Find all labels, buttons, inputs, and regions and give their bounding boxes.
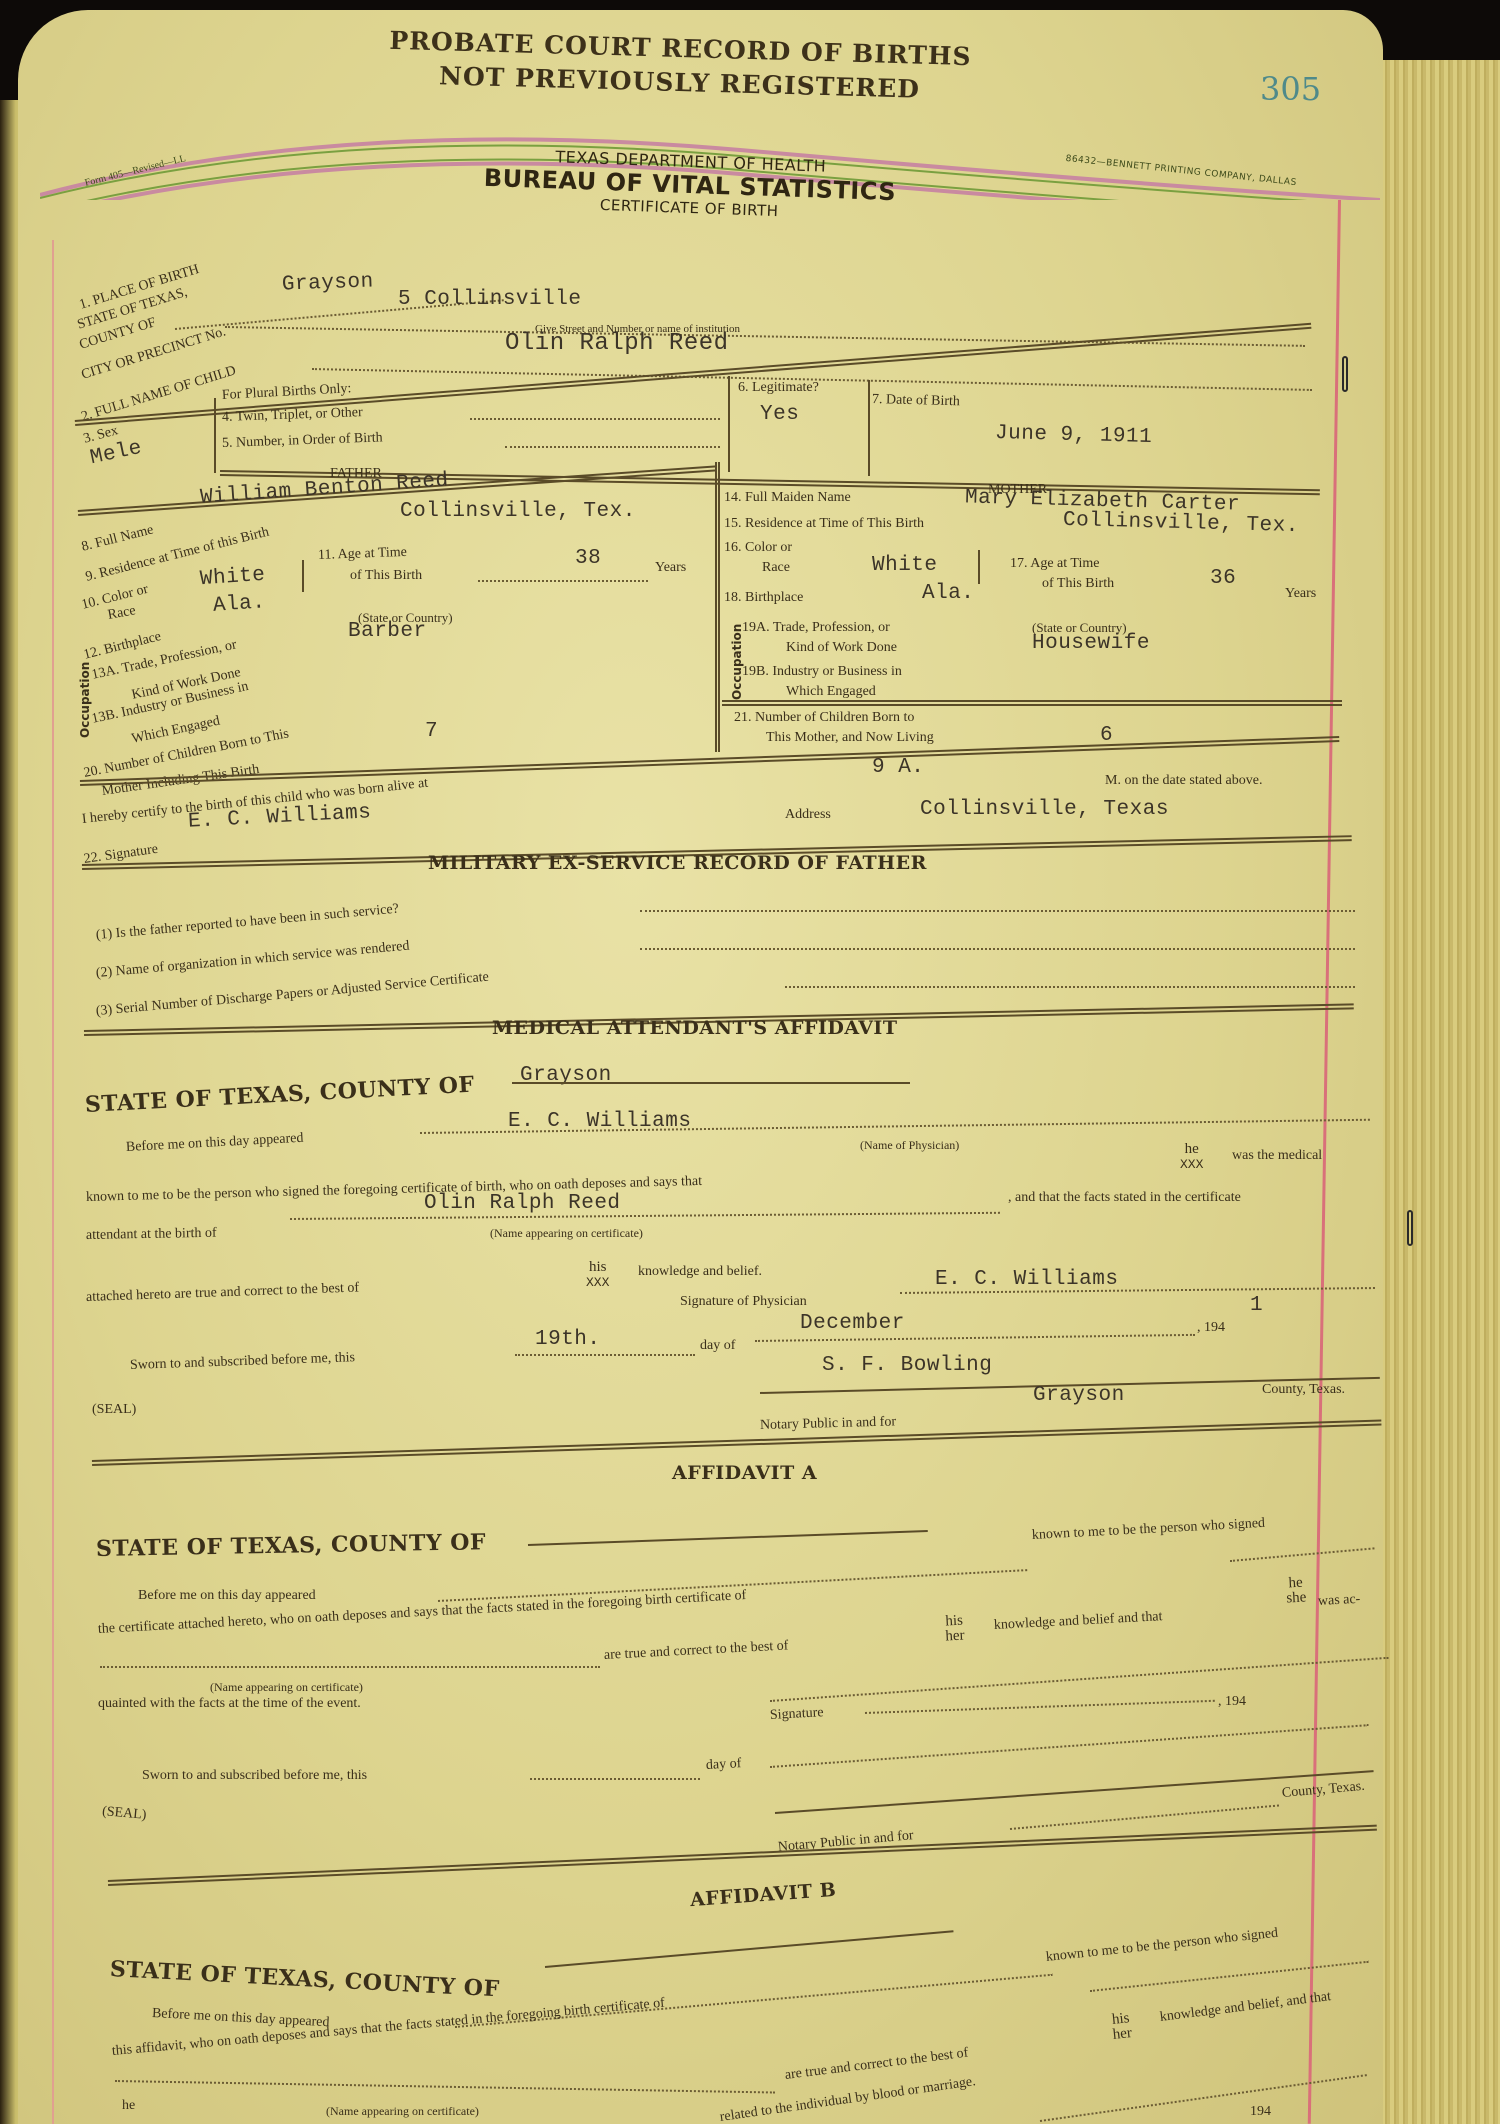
certification-suffix: M. on the date stated above. <box>1105 773 1262 789</box>
affidavit-b-he: he <box>122 2098 135 2114</box>
military-q3-line[interactable] <box>785 986 1355 988</box>
her-option: her <box>945 1628 965 1644</box>
year-suffix-value[interactable]: 1 <box>1250 1294 1263 1317</box>
city-value[interactable]: 5 Collinsville <box>398 288 581 311</box>
affidavit-a-day-line[interactable] <box>530 1778 700 1780</box>
mother-living-label-2: This Mother, and Now Living <box>766 730 934 746</box>
affidavit-a-he-she: heshe <box>1285 1575 1307 1606</box>
col-divider <box>978 550 980 584</box>
mother-birthplace-label: 18. Birthplace <box>724 590 803 606</box>
facts-stated-text: , and that the facts stated in the certi… <box>1008 1190 1241 1206</box>
mother-trade-value[interactable]: Housewife <box>1032 632 1150 655</box>
margin-line-left <box>52 240 54 2124</box>
affidavit-a-before-me: Before me on this day appeared <box>138 1588 316 1604</box>
father-age-label-2: of This Birth <box>350 568 422 584</box>
she-option: she <box>1286 1590 1307 1606</box>
physician-signature-value[interactable]: E. C. Williams <box>935 1268 1118 1291</box>
father-occupation-side-label: Occupation <box>78 662 92 738</box>
dob-label: 7. Date of Birth <box>872 392 960 410</box>
mother-living-label: 21. Number of Children Born to <box>734 710 914 726</box>
address-value[interactable]: Collinsville, Texas <box>920 798 1169 821</box>
col-divider <box>214 398 216 473</box>
mother-trade-label-2: Kind of Work Done <box>786 640 897 656</box>
col-divider <box>302 560 304 592</box>
affidavit-a-name-line[interactable] <box>100 1666 600 1668</box>
medical-county-line <box>512 1082 910 1084</box>
her-option: her <box>1112 2026 1133 2043</box>
mother-industry-label-2: Which Engaged <box>786 684 876 700</box>
was-medical-text: was the medical <box>1232 1148 1322 1164</box>
affidavit-a-day-of: day of <box>706 1756 742 1774</box>
his-her-choice: hisXXX <box>586 1260 609 1290</box>
mother-occupation-side-label: Occupation <box>730 624 744 700</box>
mother-race-label: 16. Color or <box>724 540 792 556</box>
mother-age-label: 17. Age at Time <box>1010 556 1099 572</box>
father-birthplace-value[interactable]: Ala. <box>212 591 266 618</box>
military-heading: MILITARY EX-SERVICE RECORD OF FATHER <box>428 852 927 874</box>
mother-age-label-2: of This Birth <box>1042 576 1114 592</box>
seal-label: (SEAL) <box>92 1402 136 1418</box>
dob-value[interactable]: June 9, 1911 <box>995 422 1153 449</box>
father-race-value[interactable]: White <box>199 564 266 592</box>
she-struck-option: XXX <box>1180 1157 1203 1172</box>
father-age-label: 11. Age at Time <box>318 545 407 564</box>
county-value[interactable]: Grayson <box>282 270 374 296</box>
parent-column-divider <box>715 462 720 752</box>
binding-clip <box>1342 356 1348 392</box>
affidavit-a-was-ac: was ac- <box>1318 1592 1361 1610</box>
her-struck-option: XXX <box>586 1275 609 1290</box>
affidavit-b-year: 194 <box>1250 2104 1271 2120</box>
he-option: he <box>1180 1142 1203 1157</box>
affidavit-a-quainted: quainted with the facts at the time of t… <box>98 1696 361 1712</box>
legitimate-label: 6. Legitimate? <box>738 380 819 396</box>
affidavit-a-heading: AFFIDAVIT A <box>672 1462 817 1484</box>
affidavit-b-his-her: hisher <box>1110 2011 1132 2043</box>
mother-name-label: 14. Full Maiden Name <box>724 490 851 506</box>
affidavit-a-year: , 194 <box>1218 1694 1246 1710</box>
mother-age-value[interactable]: 36 <box>1210 567 1236 590</box>
address-label: Address <box>785 807 831 823</box>
military-q1-line[interactable] <box>640 910 1355 912</box>
day-of-label: day of <box>700 1338 735 1354</box>
notary-county-value[interactable]: Grayson <box>1033 1384 1125 1407</box>
father-residence-value[interactable]: Collinsville, Tex. <box>400 500 636 523</box>
his-option: his <box>586 1260 609 1275</box>
medical-affidavit-heading: MEDICAL ATTENDANT'S AFFIDAVIT <box>492 1017 897 1039</box>
military-q2-line[interactable] <box>640 948 1355 950</box>
affidavit-b-name-hint: (Name appearing on certificate) <box>326 2104 479 2119</box>
father-trade-value[interactable]: Barber <box>348 620 427 643</box>
mother-birthplace-value[interactable]: Ala. <box>922 582 974 605</box>
county-texas-label: County, Texas. <box>1262 1382 1345 1398</box>
affidavit-a-his-her: hisher <box>944 1614 965 1645</box>
order-line <box>505 446 720 448</box>
year-prefix: , 194 <box>1197 1320 1225 1336</box>
notary-signature-value[interactable]: S. F. Bowling <box>822 1354 992 1377</box>
affidavit-a-signature-label: Signature <box>770 1705 824 1724</box>
twin-line <box>470 418 720 420</box>
mother-trade-label: 19A. Trade, Profession, or <box>742 620 890 636</box>
name-hint: (Name appearing on certificate) <box>490 1226 643 1241</box>
col-divider <box>868 380 870 476</box>
physician-hint: (Name of Physician) <box>860 1138 959 1153</box>
mother-residence-label: 15. Residence at Time of This Birth <box>724 516 924 532</box>
sworn-month-value[interactable]: December <box>800 1312 905 1335</box>
attendant-at-label: attendant at the birth of <box>86 1226 217 1244</box>
medical-child-name-value[interactable]: Olin Ralph Reed <box>424 1192 621 1215</box>
father-years-label: Years <box>655 560 686 576</box>
physician-signature-label: Signature of Physician <box>680 1294 807 1310</box>
mother-race-value[interactable]: White <box>872 554 938 577</box>
child-name-value[interactable]: Olin Ralph Reed <box>505 330 729 357</box>
father-children-value[interactable]: 7 <box>425 720 438 743</box>
col-divider <box>728 376 730 472</box>
affidavit-a-sworn: Sworn to and subscribed before me, this <box>142 1768 367 1784</box>
birth-time-value[interactable]: 9 A. <box>872 756 924 779</box>
affidavit-a-name-hint: (Name appearing on certificate) <box>210 1680 363 1695</box>
binding-clip <box>1407 1210 1413 1246</box>
section-divider <box>722 700 1342 706</box>
mother-race-label-2: Race <box>762 560 790 576</box>
mother-industry-label: 19B. Industry or Business in <box>742 664 902 680</box>
father-age-line <box>478 580 648 582</box>
legitimate-value[interactable]: Yes <box>760 403 799 426</box>
mother-years-label: Years <box>1285 586 1316 602</box>
sworn-day-value[interactable]: 19th. <box>535 1328 601 1351</box>
he-she-choice: heXXX <box>1180 1142 1203 1172</box>
knowledge-text: knowledge and belief. <box>638 1264 762 1280</box>
father-age-value[interactable]: 38 <box>575 547 601 570</box>
sworn-day-line <box>515 1354 695 1356</box>
page-number: 305 <box>1260 70 1321 108</box>
